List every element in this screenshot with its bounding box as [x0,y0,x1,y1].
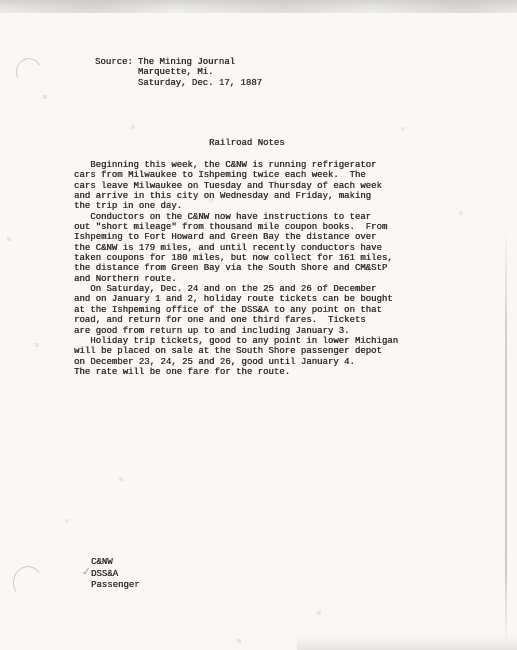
source-label: Source: [95,57,133,67]
paragraph-3: On Saturday, Dec. 24 and on the 25 and 2… [74,284,414,336]
index-term-passenger: Passenger [91,580,140,592]
scan-edge-right-artifact [505,228,507,646]
source-date: Saturday, Dec. 17, 1887 [138,78,262,88]
paragraph-1: Beginning this week, the C&NW is running… [74,160,414,212]
paragraph-4: Holiday trip tickets, good to any point … [74,336,414,377]
article-title: Railroad Notes [209,138,285,148]
scanned-document-page: Source: The Mining Journal Marquette, Mi… [0,0,517,650]
source-lines: The Mining Journal Marquette, Mi. Saturd… [138,57,262,88]
pencil-arc-mark-top-left [12,55,44,88]
article-body: Beginning this week, the C&NW is running… [74,160,414,377]
pencil-arc-mark-bottom-left [10,564,44,601]
scan-edge-bottom-artifact [297,636,517,650]
source-location: Marquette, Mi. [138,67,262,77]
source-block: Source: The Mining Journal Marquette, Mi… [95,57,262,88]
scan-edge-top-artifact [0,0,517,13]
source-publication: The Mining Journal [138,57,262,67]
scan-speck-artifacts [0,0,2,2]
index-term-dssa: DSS&A [91,569,140,581]
pencil-checkmark-icon: ✓ [80,564,93,578]
paragraph-2: Conductors on the C&NW now have instruct… [74,212,414,284]
index-term-cnw: C&NW [91,557,140,569]
index-terms-block: ✓ C&NW DSS&A Passenger [91,557,140,592]
